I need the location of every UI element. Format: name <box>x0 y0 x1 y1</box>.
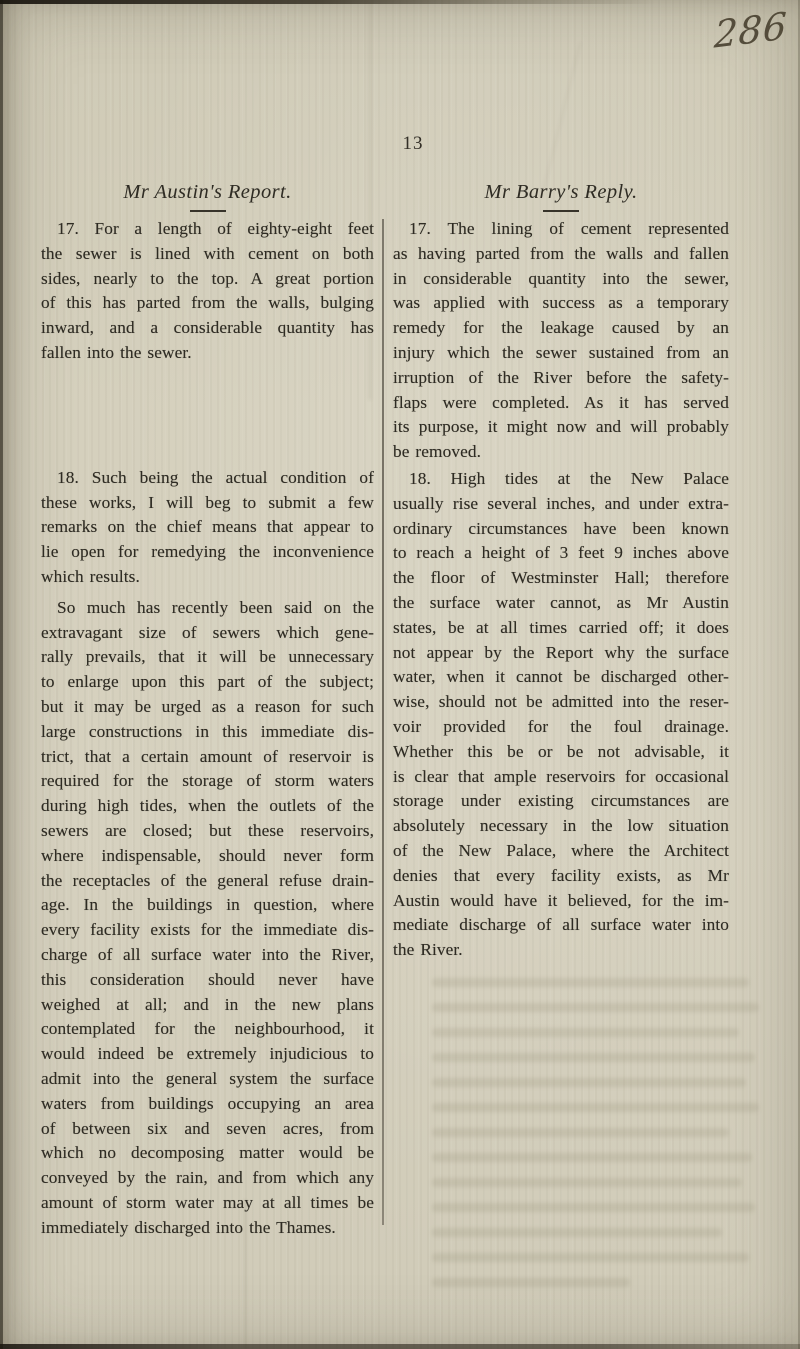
text-line: denies that every facility exists, as Mr <box>393 864 729 889</box>
scan-edge-bottom <box>0 1344 800 1349</box>
paragraph: 17. The lining of cement representedas h… <box>393 217 729 465</box>
text-line: immediately discharged into the Thames. <box>41 1216 374 1241</box>
text-line: to enlarge upon this part of the subject… <box>41 670 374 695</box>
text-line: during high tides, when the outlets of t… <box>41 794 374 819</box>
text-line: injury which the sewer sustained from an <box>393 341 729 366</box>
text-line: contemplated for the neighbourhood, it <box>41 1017 374 1042</box>
bleed-through-line <box>432 1078 746 1087</box>
text-line: but it may be urged as a reason for such <box>41 695 374 720</box>
text-line: sides, nearly to the top. A great portio… <box>41 267 374 292</box>
text-line: is clear that ample reservoirs for occas… <box>393 765 729 790</box>
bleed-through-line <box>432 1178 742 1187</box>
text-line: fallen into the sewer. <box>41 341 374 366</box>
text-line: which results. <box>41 565 374 590</box>
paper-crease <box>541 42 582 198</box>
bleed-through-line <box>432 1028 739 1037</box>
handwritten-folio-number: 286 <box>713 2 800 57</box>
text-line: storage under existing circumstances are <box>393 789 729 814</box>
text-line: weighed at all; and in the new plans <box>41 993 374 1018</box>
scan-edge-left <box>0 0 3 1349</box>
text-line: the receptacles of the general refuse dr… <box>41 869 374 894</box>
text-line: water, when it cannot be discharged othe… <box>393 665 729 690</box>
text-line: waters from buildings occupying an area <box>41 1092 374 1117</box>
bleed-through-line <box>432 1003 759 1012</box>
text-line: absolutely necessary in the low situatio… <box>393 814 729 839</box>
text-line: this consideration should never have <box>41 968 374 993</box>
text-line: Whether this be or be not advisable, it <box>393 740 729 765</box>
text-line: was applied with success as a temporary <box>393 291 729 316</box>
bleed-through-line <box>432 1103 759 1112</box>
text-line: in considerable quantity into the sewer, <box>393 267 729 292</box>
bleed-through-line <box>432 978 749 987</box>
text-line: sewers are closed; but these reservoirs, <box>41 819 374 844</box>
text-line: extravagant size of sewers which gene- <box>41 621 374 646</box>
text-line: where indispensable, should never form <box>41 844 374 869</box>
text-line: as having parted from the walls and fall… <box>393 242 729 267</box>
text-line: not appear by the Report why the surface <box>393 641 729 666</box>
text-line: which no decomposing matter would be <box>41 1141 374 1166</box>
paragraph: 18. Such being the actual condition ofth… <box>41 466 374 590</box>
heading-underline <box>543 210 579 212</box>
text-line: states, be at all times carried off; it … <box>393 616 729 641</box>
text-line: the floor of Westminster Hall; therefore <box>393 566 729 591</box>
heading-underline <box>190 210 226 212</box>
text-line: trict, that a certain amount of reservoi… <box>41 745 374 770</box>
scan-edge-top <box>0 0 800 4</box>
text-line: the River. <box>393 938 729 963</box>
text-line: large constructions in this immediate di… <box>41 720 374 745</box>
text-line: of this has parted from the walls, bulgi… <box>41 291 374 316</box>
text-line: every facility exists for the immediate … <box>41 918 374 943</box>
page-bleed-through <box>432 978 762 1303</box>
paragraph: 17. For a length of eighty-eight feetthe… <box>41 217 374 366</box>
page-number: 13 <box>383 133 443 155</box>
text-line: the surface water cannot, as Mr Austin <box>393 591 729 616</box>
text-line: wise, should not be admitted into the re… <box>393 690 729 715</box>
text-line: Austin would have it believed, for the i… <box>393 889 729 914</box>
text-line: mediate discharge of all surface water i… <box>393 913 729 938</box>
scanned-document-page: 286 13 Mr Austin's Report. Mr Barry's Re… <box>0 0 800 1349</box>
text-line: voir provided for the foul drainage. <box>393 715 729 740</box>
text-line: irruption of the River before the safety… <box>393 366 729 391</box>
text-line: 17. The lining of cement represented <box>393 217 729 242</box>
bleed-through-line <box>432 1228 722 1237</box>
bleed-through-line <box>432 1053 755 1062</box>
text-line: remarks on the chief means that appear t… <box>41 515 374 540</box>
bleed-through-line <box>432 1128 729 1137</box>
right-column-body: 17. The lining of cement representedas h… <box>393 217 729 963</box>
text-line: of between six and seven acres, from <box>41 1117 374 1142</box>
paragraph: 18. High tides at the New Palaceusually … <box>393 467 729 963</box>
text-line: charge of all surface water into the Riv… <box>41 943 374 968</box>
text-line: 18. Such being the actual condition of <box>41 466 374 491</box>
text-line: these works, I will beg to submit a few <box>41 491 374 516</box>
text-line: to reach a height of 3 feet 9 inches abo… <box>393 541 729 566</box>
text-line: lie open for remedying the inconvenience <box>41 540 374 565</box>
text-line: inward, and a considerable quantity has <box>41 316 374 341</box>
text-line: conveyed by the rain, and from which any <box>41 1166 374 1191</box>
bleed-through-line <box>432 1253 749 1262</box>
text-line: So much has recently been said on the <box>41 596 374 621</box>
text-line: 17. For a length of eighty-eight feet <box>41 217 374 242</box>
text-line: flaps were completed. As it has served <box>393 391 729 416</box>
left-column-body: 17. For a length of eighty-eight feetthe… <box>41 217 374 1240</box>
text-line: would indeed be extremely injudicious to <box>41 1042 374 1067</box>
bleed-through-line <box>432 1203 755 1212</box>
text-line: admit into the general system the surfac… <box>41 1067 374 1092</box>
text-line: its purpose, it might now and will proba… <box>393 415 729 440</box>
text-line: rally prevails, that it will be unnecess… <box>41 645 374 670</box>
bleed-through-line <box>432 1153 752 1162</box>
left-column-heading: Mr Austin's Report. <box>41 181 374 204</box>
text-line: of the New Palace, where the Architect <box>393 839 729 864</box>
text-line: usually rise several inches, and under e… <box>393 492 729 517</box>
paragraph: So much has recently been said on theext… <box>41 596 374 1241</box>
bleed-through-line <box>432 1278 630 1287</box>
text-line: amount of storm water may at all times b… <box>41 1191 374 1216</box>
right-column-heading: Mr Barry's Reply. <box>393 181 729 204</box>
text-line: be removed. <box>393 440 729 465</box>
text-line: ordinary circumstances have been known <box>393 517 729 542</box>
text-line: 18. High tides at the New Palace <box>393 467 729 492</box>
column-divider-rule <box>382 219 384 1225</box>
text-line: remedy for the leakage caused by an <box>393 316 729 341</box>
text-line: age. In the buildings in question, where <box>41 893 374 918</box>
text-line: required for the storage of storm waters <box>41 769 374 794</box>
text-line: the sewer is lined with cement on both <box>41 242 374 267</box>
